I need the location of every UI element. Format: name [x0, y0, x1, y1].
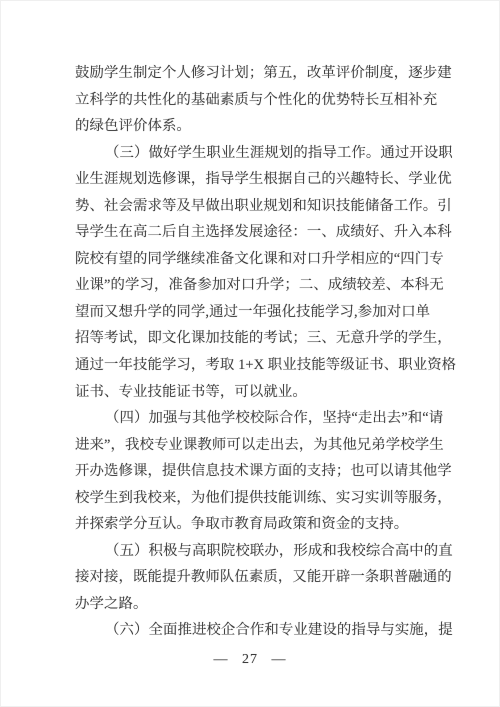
page-number: — 27 — [0, 650, 500, 670]
text-line: 立科学的共性化的基础素质与个性化的优势特长互相补充 [75, 87, 439, 114]
text-line-paragraph-start: （四）加强与其他学校校际合作，坚持“走出去”和“请 [75, 405, 439, 432]
text-line: 并探索学分互认。争取市教育局政策和资金的支持。 [75, 511, 439, 538]
text-line: 证书、专业技能证书等，可以就业。 [75, 379, 439, 406]
text-line: 业课”的学习，准备参加对口升学；二、成绩较差、本科无 [75, 272, 439, 299]
text-line: 办学之路。 [75, 591, 439, 618]
text-line: 校学生到我校来，为他们提供技能训练、实习实训等服务， [75, 485, 439, 512]
text-line-paragraph-start: （五）积极与高职院校联办，形成和我校综合高中的直 [75, 538, 439, 565]
text-line: 接对接，既能提升教师队伍素质，又能开辟一条职普融通的 [75, 564, 439, 591]
text-line: 导学生在高二后自主选择发展途径：一、成绩好、升入本科 [75, 219, 439, 246]
text-line: 望而又想升学的同学,通过一年强化技能学习,参加对口单 [75, 299, 439, 326]
text-content: 鼓励学生制定个人修习计划；第五，改革评价制度，逐步建 立科学的共性化的基础素质与… [75, 60, 439, 644]
text-line: 鼓励学生制定个人修习计划；第五，改革评价制度，逐步建 [75, 60, 439, 87]
text-line: 的绿色评价体系。 [75, 113, 439, 140]
text-line: 势、社会需求等及早做出职业规划和知识技能储备工作。引 [75, 193, 439, 220]
text-line: 业生涯规划选修课，指导学生根据自己的兴趣特长、学业优 [75, 166, 439, 193]
text-line: 通过一年技能学习，考取 1+X 职业技能等级证书、职业资格 [75, 352, 439, 379]
text-line: 招等考试，即文化课加技能的考试；三、无意升学的学生， [75, 325, 439, 352]
text-line: 进来”，我校专业课教师可以走出去，为其他兄弟学校学生 [75, 432, 439, 459]
text-line: 开办选修课，提供信息技术课方面的支持；也可以请其他学 [75, 458, 439, 485]
text-line-paragraph-start: （三）做好学生职业生涯规划的指导工作。通过开设职 [75, 140, 439, 167]
text-line: 院校有望的同学继续准备文化课和对口升学相应的“四门专 [75, 246, 439, 273]
text-line-paragraph-start: （六）全面推进校企合作和专业建设的指导与实施，提 [75, 617, 439, 644]
document-page: 鼓励学生制定个人修习计划；第五，改革评价制度，逐步建 立科学的共性化的基础素质与… [0, 0, 500, 707]
